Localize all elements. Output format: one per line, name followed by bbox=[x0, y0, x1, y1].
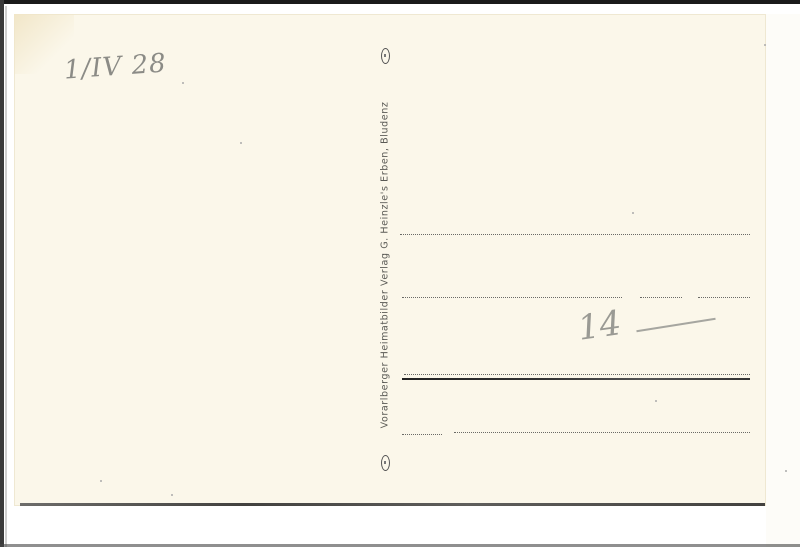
address-line-2a bbox=[402, 297, 622, 298]
address-line-4b bbox=[454, 432, 750, 433]
paper-speck bbox=[100, 480, 102, 482]
ornament-top-icon bbox=[381, 48, 390, 64]
address-line-2b bbox=[640, 297, 682, 298]
paper-speck bbox=[182, 82, 184, 84]
address-line-3-dotted bbox=[404, 374, 750, 375]
scan-right-margin bbox=[766, 14, 800, 547]
address-line-2c bbox=[698, 297, 750, 298]
paper-speck bbox=[764, 44, 766, 46]
scan-top-edge bbox=[0, 0, 800, 4]
ornament-bottom-icon bbox=[381, 455, 390, 471]
address-line-3-underline bbox=[402, 378, 750, 380]
scan-left-edge bbox=[0, 0, 4, 547]
paper-speck bbox=[785, 470, 787, 472]
paper-speck bbox=[171, 494, 173, 496]
publisher-imprint: Vorarlberger Heimatbilder Verlag G. Hein… bbox=[380, 102, 391, 429]
paper-speck bbox=[632, 212, 634, 214]
scan-left-edge-highlight bbox=[5, 6, 7, 547]
paper-speck bbox=[240, 142, 242, 144]
paper-speck bbox=[655, 400, 657, 402]
address-line-4a bbox=[402, 434, 442, 435]
address-line-1 bbox=[400, 234, 750, 235]
postcard-bottom-edge bbox=[20, 503, 765, 506]
handwritten-price: 14 bbox=[575, 303, 623, 349]
